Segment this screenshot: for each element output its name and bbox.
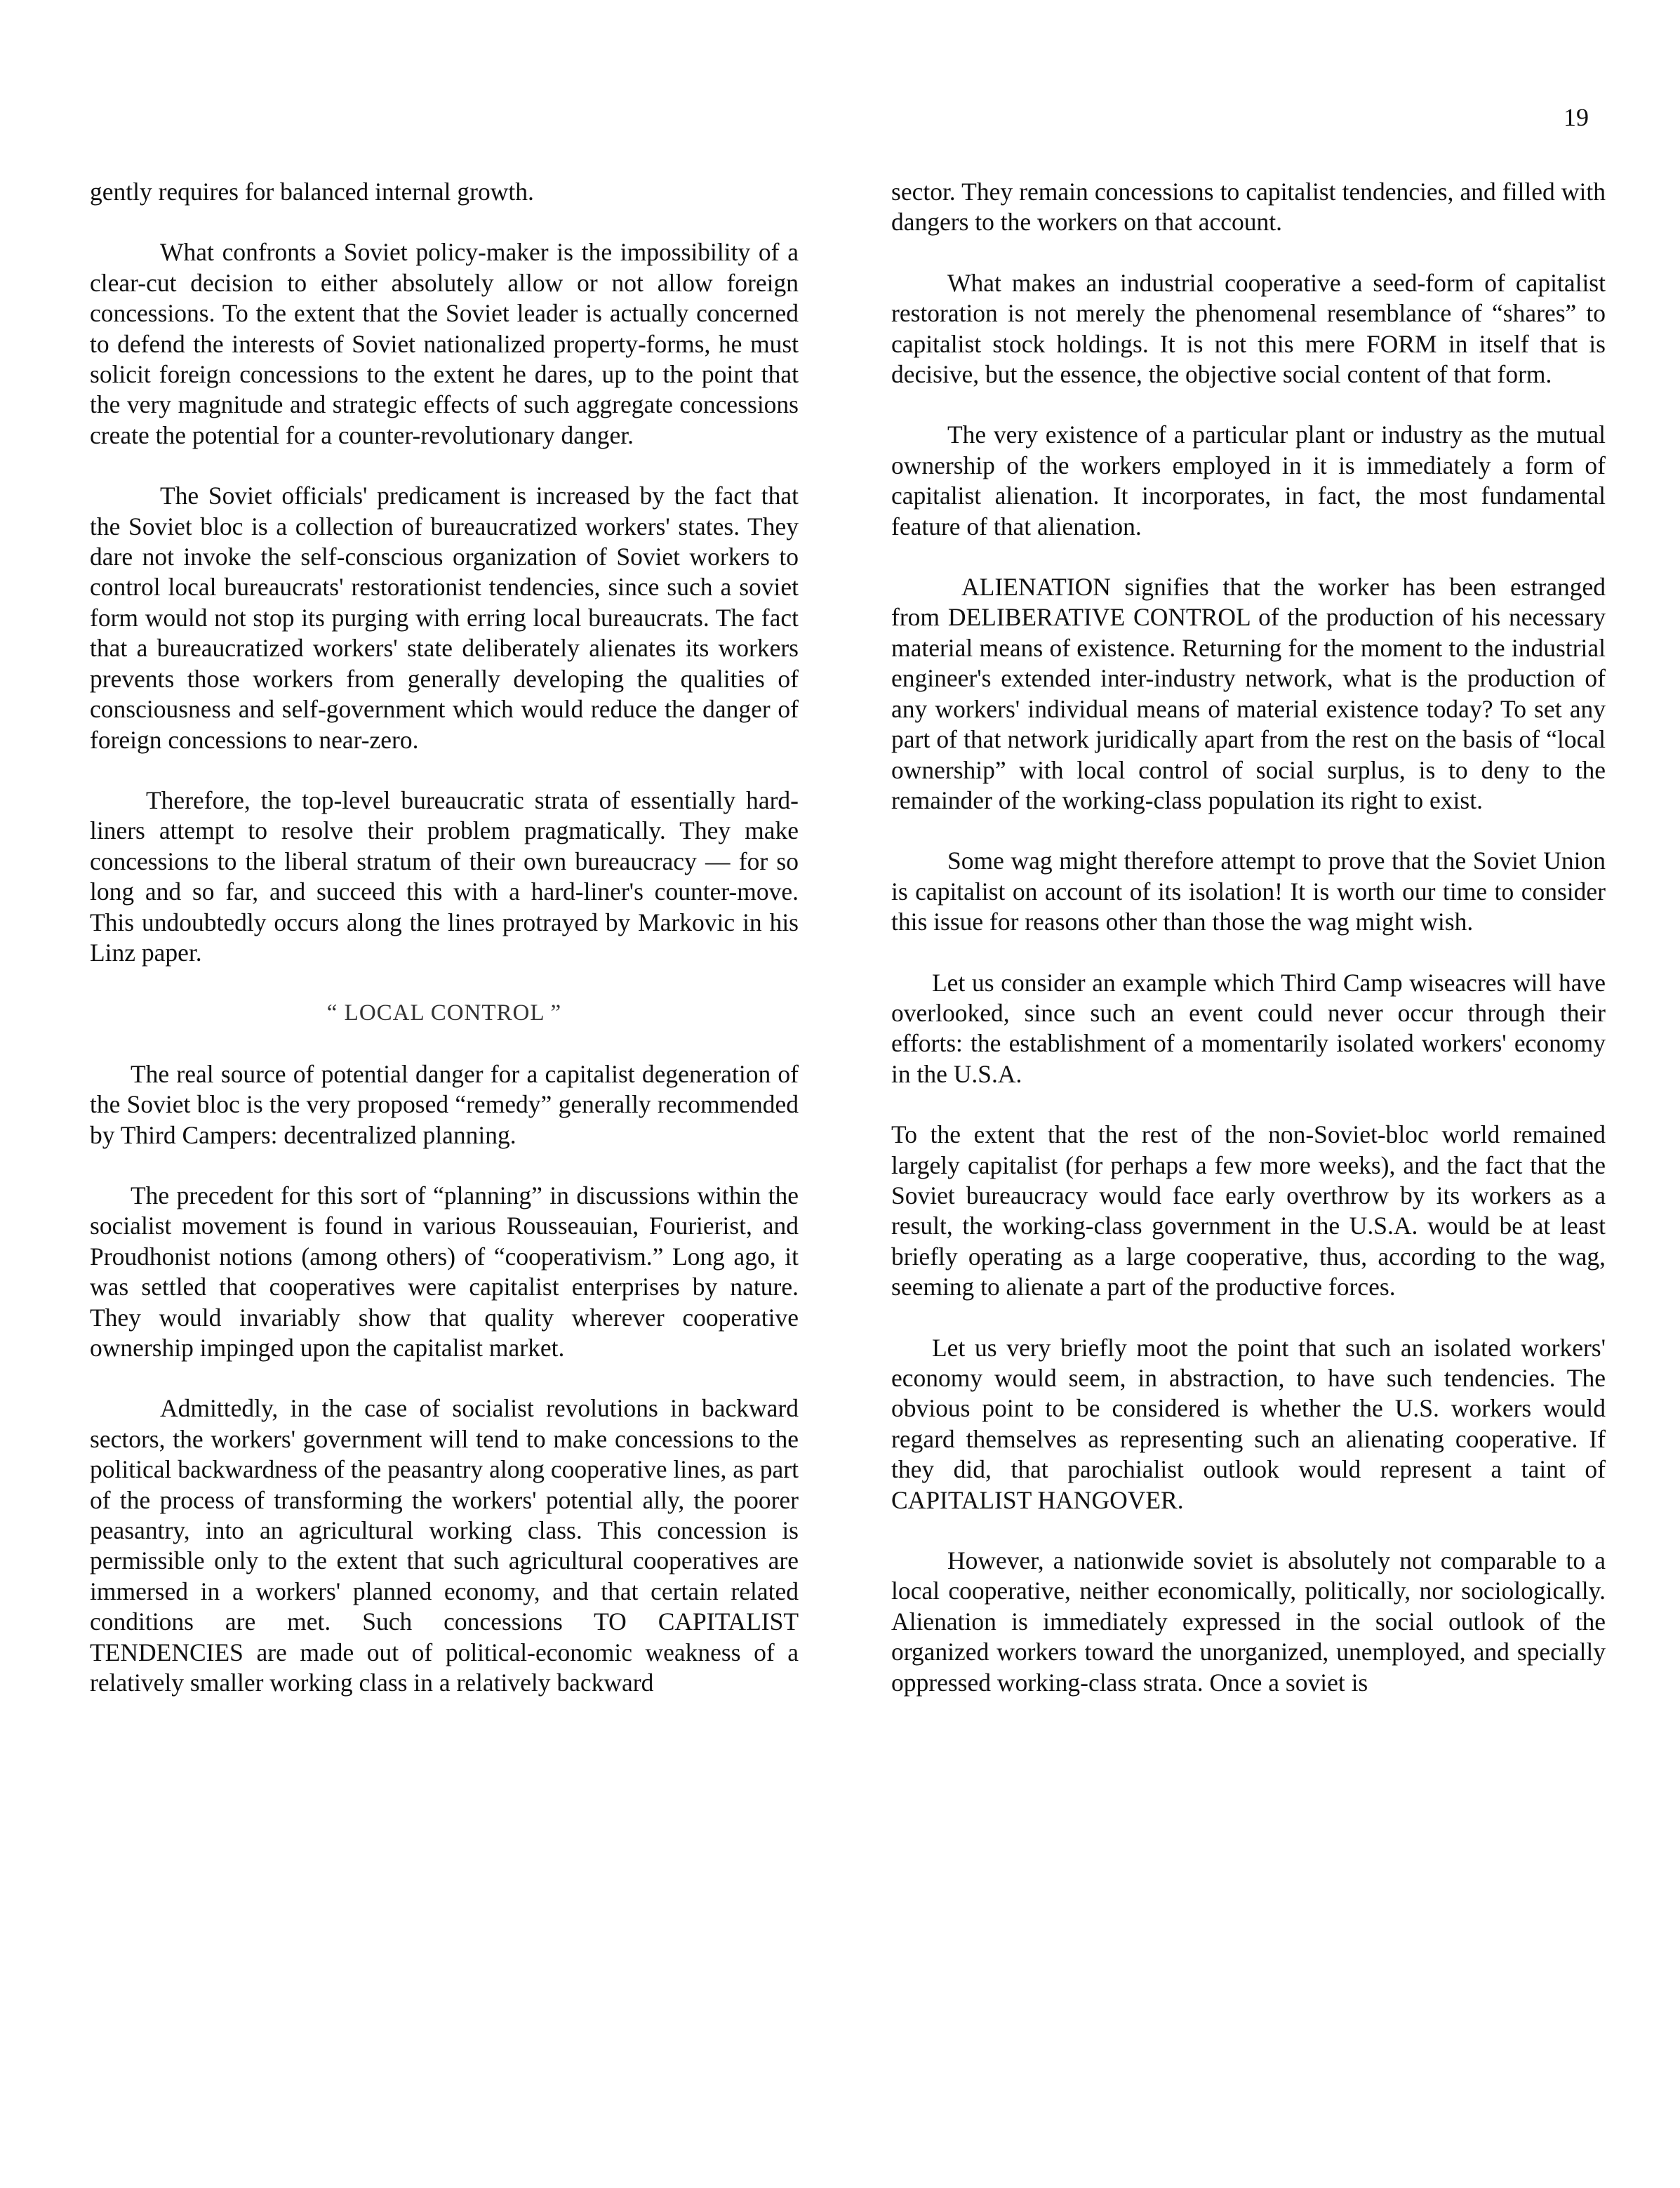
page-number: 19 (1564, 102, 1589, 132)
paragraph: ALIENATION signifies that the worker has… (891, 572, 1606, 816)
paragraph: gently requires for balanced internal gr… (90, 177, 799, 207)
paragraph: Therefore, the top-level bureaucratic st… (90, 785, 799, 968)
paragraph: What confronts a Soviet policy-maker is … (90, 237, 799, 451)
paragraph: The real source of potential danger for … (90, 1059, 799, 1151)
section-heading: “ LOCAL CONTROL ” (90, 998, 799, 1028)
paragraph: Admittedly, in the case of socialist rev… (90, 1393, 799, 1698)
paragraph: sector. They remain concessions to capit… (891, 177, 1606, 238)
paragraph: The very existence of a particular plant… (891, 420, 1606, 542)
paragraph: However, a nationwide soviet is absolute… (891, 1546, 1606, 1698)
paragraph: The precedent for this sort of “planning… (90, 1181, 799, 1363)
paragraph: Some wag might therefore attempt to prov… (891, 846, 1606, 937)
paragraph: To the extent that the rest of the non-S… (891, 1120, 1606, 1302)
right-column: sector. They remain concessions to capit… (891, 177, 1606, 1728)
paragraph: The Soviet officials' predicament is inc… (90, 481, 799, 755)
document-page: 19 gently requires for balanced internal… (0, 0, 1680, 2188)
left-column: gently requires for balanced internal gr… (90, 177, 799, 1728)
paragraph: Let us very briefly moot the point that … (891, 1333, 1606, 1516)
paragraph: What makes an industrial cooperative a s… (891, 268, 1606, 390)
paragraph: Let us consider an example which Third C… (891, 968, 1606, 1090)
